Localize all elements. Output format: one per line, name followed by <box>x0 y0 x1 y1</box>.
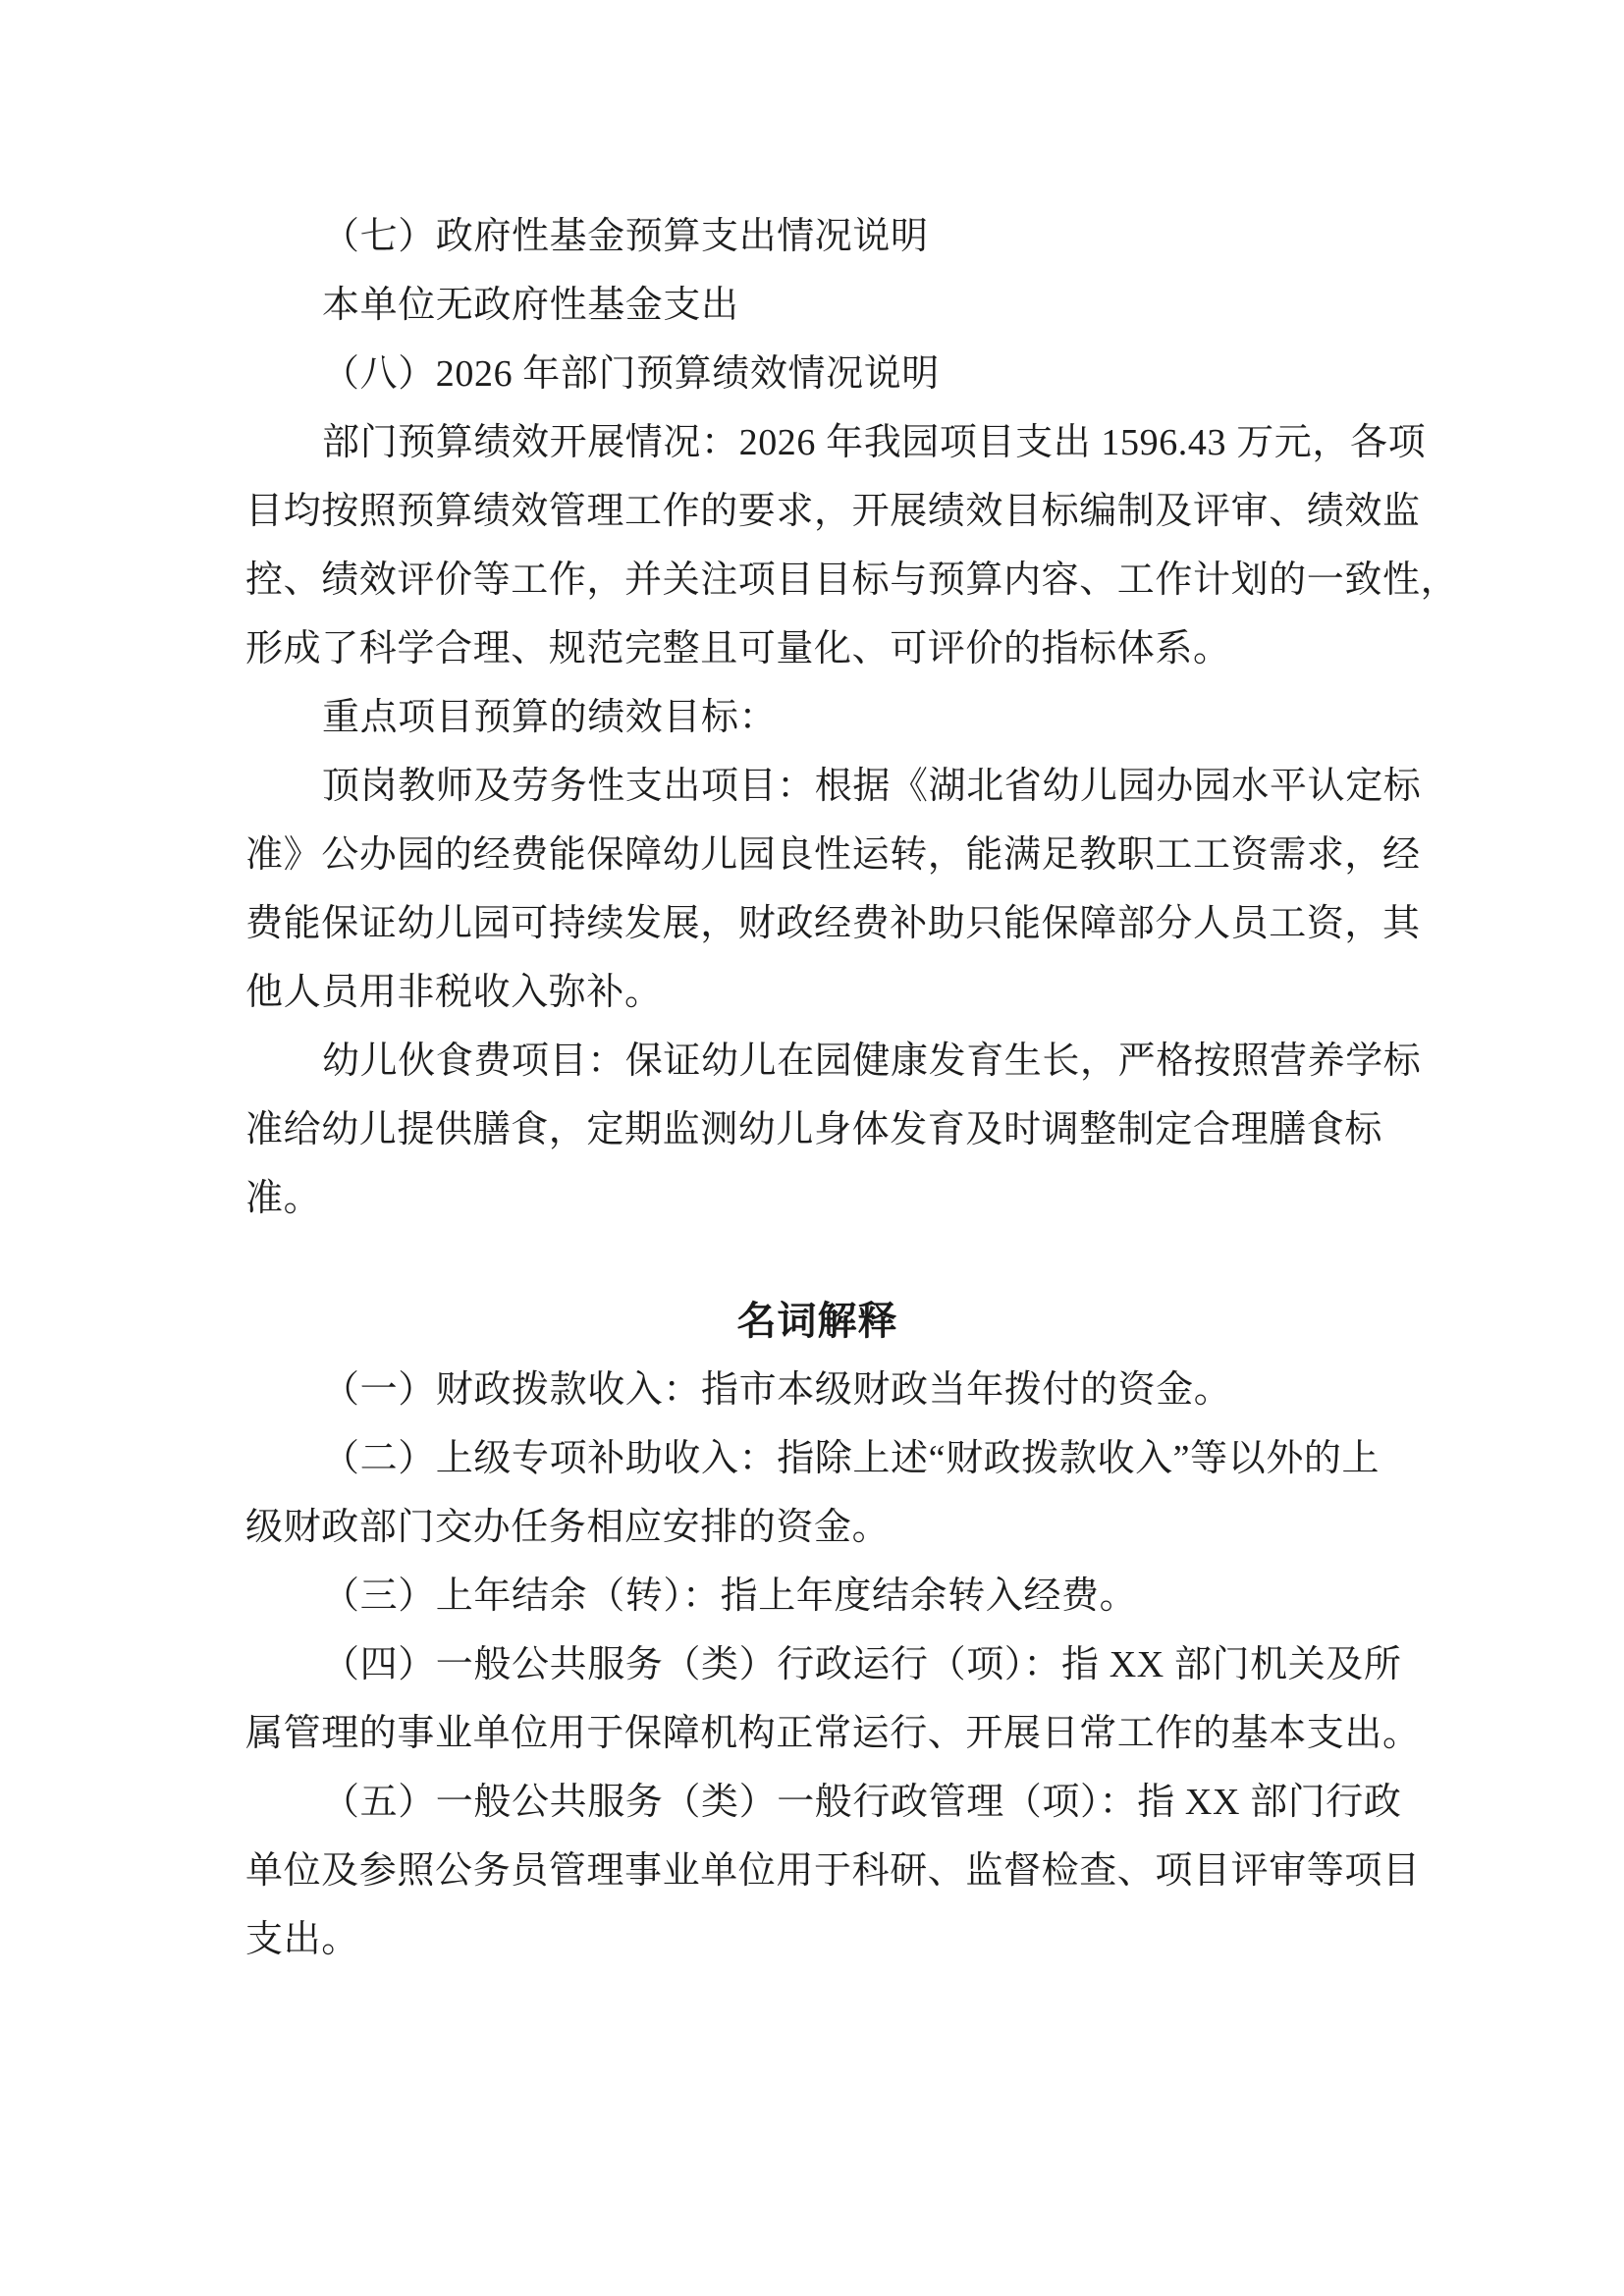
text-line: 单位及参照公务员管理事业单位用于科研、监督检查、项目评审等项目 <box>245 1837 1389 1905</box>
text-line: 控、绩效评价等工作，并关注项目目标与预算内容、工作计划的一致性， <box>245 546 1389 614</box>
text-line: 幼儿伙食费项目：保证幼儿在园健康发育生长，严格按照营养学标 <box>245 1027 1389 1095</box>
text-line: （七）政府性基金预算支出情况说明 <box>245 202 1389 271</box>
text-line: 支出。 <box>245 1905 1389 1974</box>
text-line: 本单位无政府性基金支出 <box>245 271 1389 340</box>
text-line: 准。 <box>245 1164 1389 1233</box>
text-line: 级财政部门交办任务相应安排的资金。 <box>245 1493 1389 1562</box>
document-text-block: （七）政府性基金预算支出情况说明 本单位无政府性基金支出 （八）2026 年部门… <box>245 202 1389 1974</box>
text-line: （四）一般公共服务（类）行政运行（项）：指 XX 部门机关及所 <box>245 1630 1389 1699</box>
text-line: 他人员用非税收入弥补。 <box>245 958 1389 1027</box>
text-line: 顶岗教师及劳务性支出项目：根据《湖北省幼儿园办园水平认定标 <box>245 752 1389 821</box>
text-line: 形成了科学合理、规范完整且可量化、可评价的指标体系。 <box>245 614 1389 683</box>
text-line: （一）财政拨款收入：指市本级财政当年拨付的资金。 <box>245 1356 1389 1424</box>
text-line: （三）上年结余（转）：指上年度结余转入经费。 <box>245 1562 1389 1630</box>
glossary-heading: 名词解释 <box>245 1287 1389 1356</box>
document-page: （七）政府性基金预算支出情况说明 本单位无政府性基金支出 （八）2026 年部门… <box>0 0 1624 2296</box>
text-line: 部门预算绩效开展情况：2026 年我园项目支出 1596.43 万元，各项 <box>245 408 1389 477</box>
text-line: 重点项目预算的绩效目标： <box>245 683 1389 752</box>
text-line: 费能保证幼儿园可持续发展，财政经费补助只能保障部分人员工资，其 <box>245 889 1389 958</box>
text-line: （八）2026 年部门预算绩效情况说明 <box>245 340 1389 408</box>
text-line: （五）一般公共服务（类）一般行政管理（项）：指 XX 部门行政 <box>245 1768 1389 1837</box>
text-line: 属管理的事业单位用于保障机构正常运行、开展日常工作的基本支出。 <box>245 1699 1389 1768</box>
text-line: 目均按照预算绩效管理工作的要求，开展绩效目标编制及评审、绩效监 <box>245 477 1389 546</box>
budget-notes-section: （七）政府性基金预算支出情况说明 本单位无政府性基金支出 （八）2026 年部门… <box>245 202 1389 1233</box>
text-line: 准给幼儿提供膳食，定期监测幼儿身体发育及时调整制定合理膳食标 <box>245 1095 1389 1164</box>
text-line: 准》公办园的经费能保障幼儿园良性运转，能满足教职工工资需求，经 <box>245 821 1389 889</box>
text-line: （二）上级专项补助收入：指除上述“财政拨款收入”等以外的上 <box>245 1424 1389 1493</box>
glossary-section: （一）财政拨款收入：指市本级财政当年拨付的资金。 （二）上级专项补助收入：指除上… <box>245 1356 1389 1974</box>
